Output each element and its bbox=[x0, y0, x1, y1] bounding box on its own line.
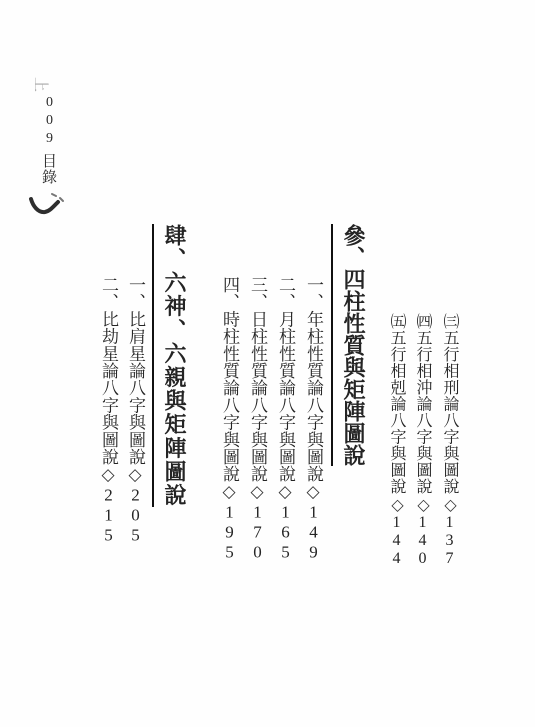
toc-entry: 二、比劫星論八字與圖說◇215 bbox=[96, 276, 120, 545]
toc-page: 上 009 目錄 ㈢五行相刑論八字與圖說◇137 ㈣五行相沖論八字與圖說◇140… bbox=[0, 0, 535, 727]
toc-entry-page: 137 bbox=[441, 514, 458, 568]
toc-entry-label: 三、日柱性質論八字與圖說 bbox=[248, 276, 267, 482]
toc-entry: 一、年柱性質論八字與圖說◇149 bbox=[301, 276, 325, 563]
diamond-separator: ◇ bbox=[441, 495, 458, 515]
toc-entry-label: ㈢五行相刑論八字與圖說 bbox=[441, 313, 458, 495]
toc-entry: ㈤五行相剋論八字與圖說◇144 bbox=[385, 313, 408, 568]
toc-entry-label: ㈣五行相沖論八字與圖說 bbox=[414, 313, 431, 495]
diamond-separator: ◇ bbox=[414, 495, 431, 515]
toc-entry-label: 四、時柱性質論八字與圖說 bbox=[220, 276, 239, 482]
toc-entry-label: 二、比劫星論八字與圖說 bbox=[99, 276, 118, 465]
toc-section-title: 參、四柱性質與矩陣圖說 bbox=[331, 224, 368, 466]
diamond-separator: ◇ bbox=[126, 465, 145, 485]
toc-entry-page: 170 bbox=[248, 503, 267, 563]
toc-section-title: 肆、六神、六親與矩陣圖說 bbox=[152, 224, 189, 507]
toc-entry-label: 一、年柱性質論八字與圖說 bbox=[304, 276, 323, 482]
toc-entry-page: 144 bbox=[388, 514, 405, 568]
toc-entry-page: 215 bbox=[99, 485, 118, 545]
toc-entry-label: 二、月柱性質論八字與圖說 bbox=[276, 276, 295, 482]
diamond-separator: ◇ bbox=[276, 482, 295, 502]
toc-entry: ㈢五行相刑論八字與圖說◇137 bbox=[438, 313, 461, 568]
toc-heading: 目錄 bbox=[37, 153, 58, 185]
toc-entry-page: 149 bbox=[304, 503, 323, 563]
toc-entry: ㈣五行相沖論八字與圖說◇140 bbox=[411, 313, 434, 568]
diamond-separator: ◇ bbox=[388, 495, 405, 515]
toc-entry-label: ㈤五行相剋論八字與圖說 bbox=[388, 313, 405, 495]
toc-entry: 一、比肩星論八字與圖說◇205 bbox=[123, 276, 147, 545]
diamond-separator: ◇ bbox=[248, 482, 267, 502]
diamond-separator: ◇ bbox=[220, 482, 239, 502]
toc-entry: 四、時柱性質論八字與圖說◇195 bbox=[217, 276, 241, 563]
toc-entry: 三、日柱性質論八字與圖說◇170 bbox=[245, 276, 269, 563]
diamond-separator: ◇ bbox=[99, 465, 118, 485]
brush-flourish-icon bbox=[28, 190, 66, 218]
toc-entry: 二、月柱性質論八字與圖說◇165 bbox=[273, 276, 297, 563]
volume-stamp: 上 bbox=[31, 77, 52, 92]
folio-number: 009 bbox=[39, 95, 59, 149]
toc-entry-page: 140 bbox=[414, 514, 431, 568]
diamond-separator: ◇ bbox=[304, 482, 323, 502]
toc-entry-label: 一、比肩星論八字與圖說 bbox=[126, 276, 145, 465]
toc-entry-page: 165 bbox=[276, 503, 295, 563]
toc-entry-page: 195 bbox=[220, 503, 239, 563]
toc-entry-page: 205 bbox=[126, 485, 145, 545]
